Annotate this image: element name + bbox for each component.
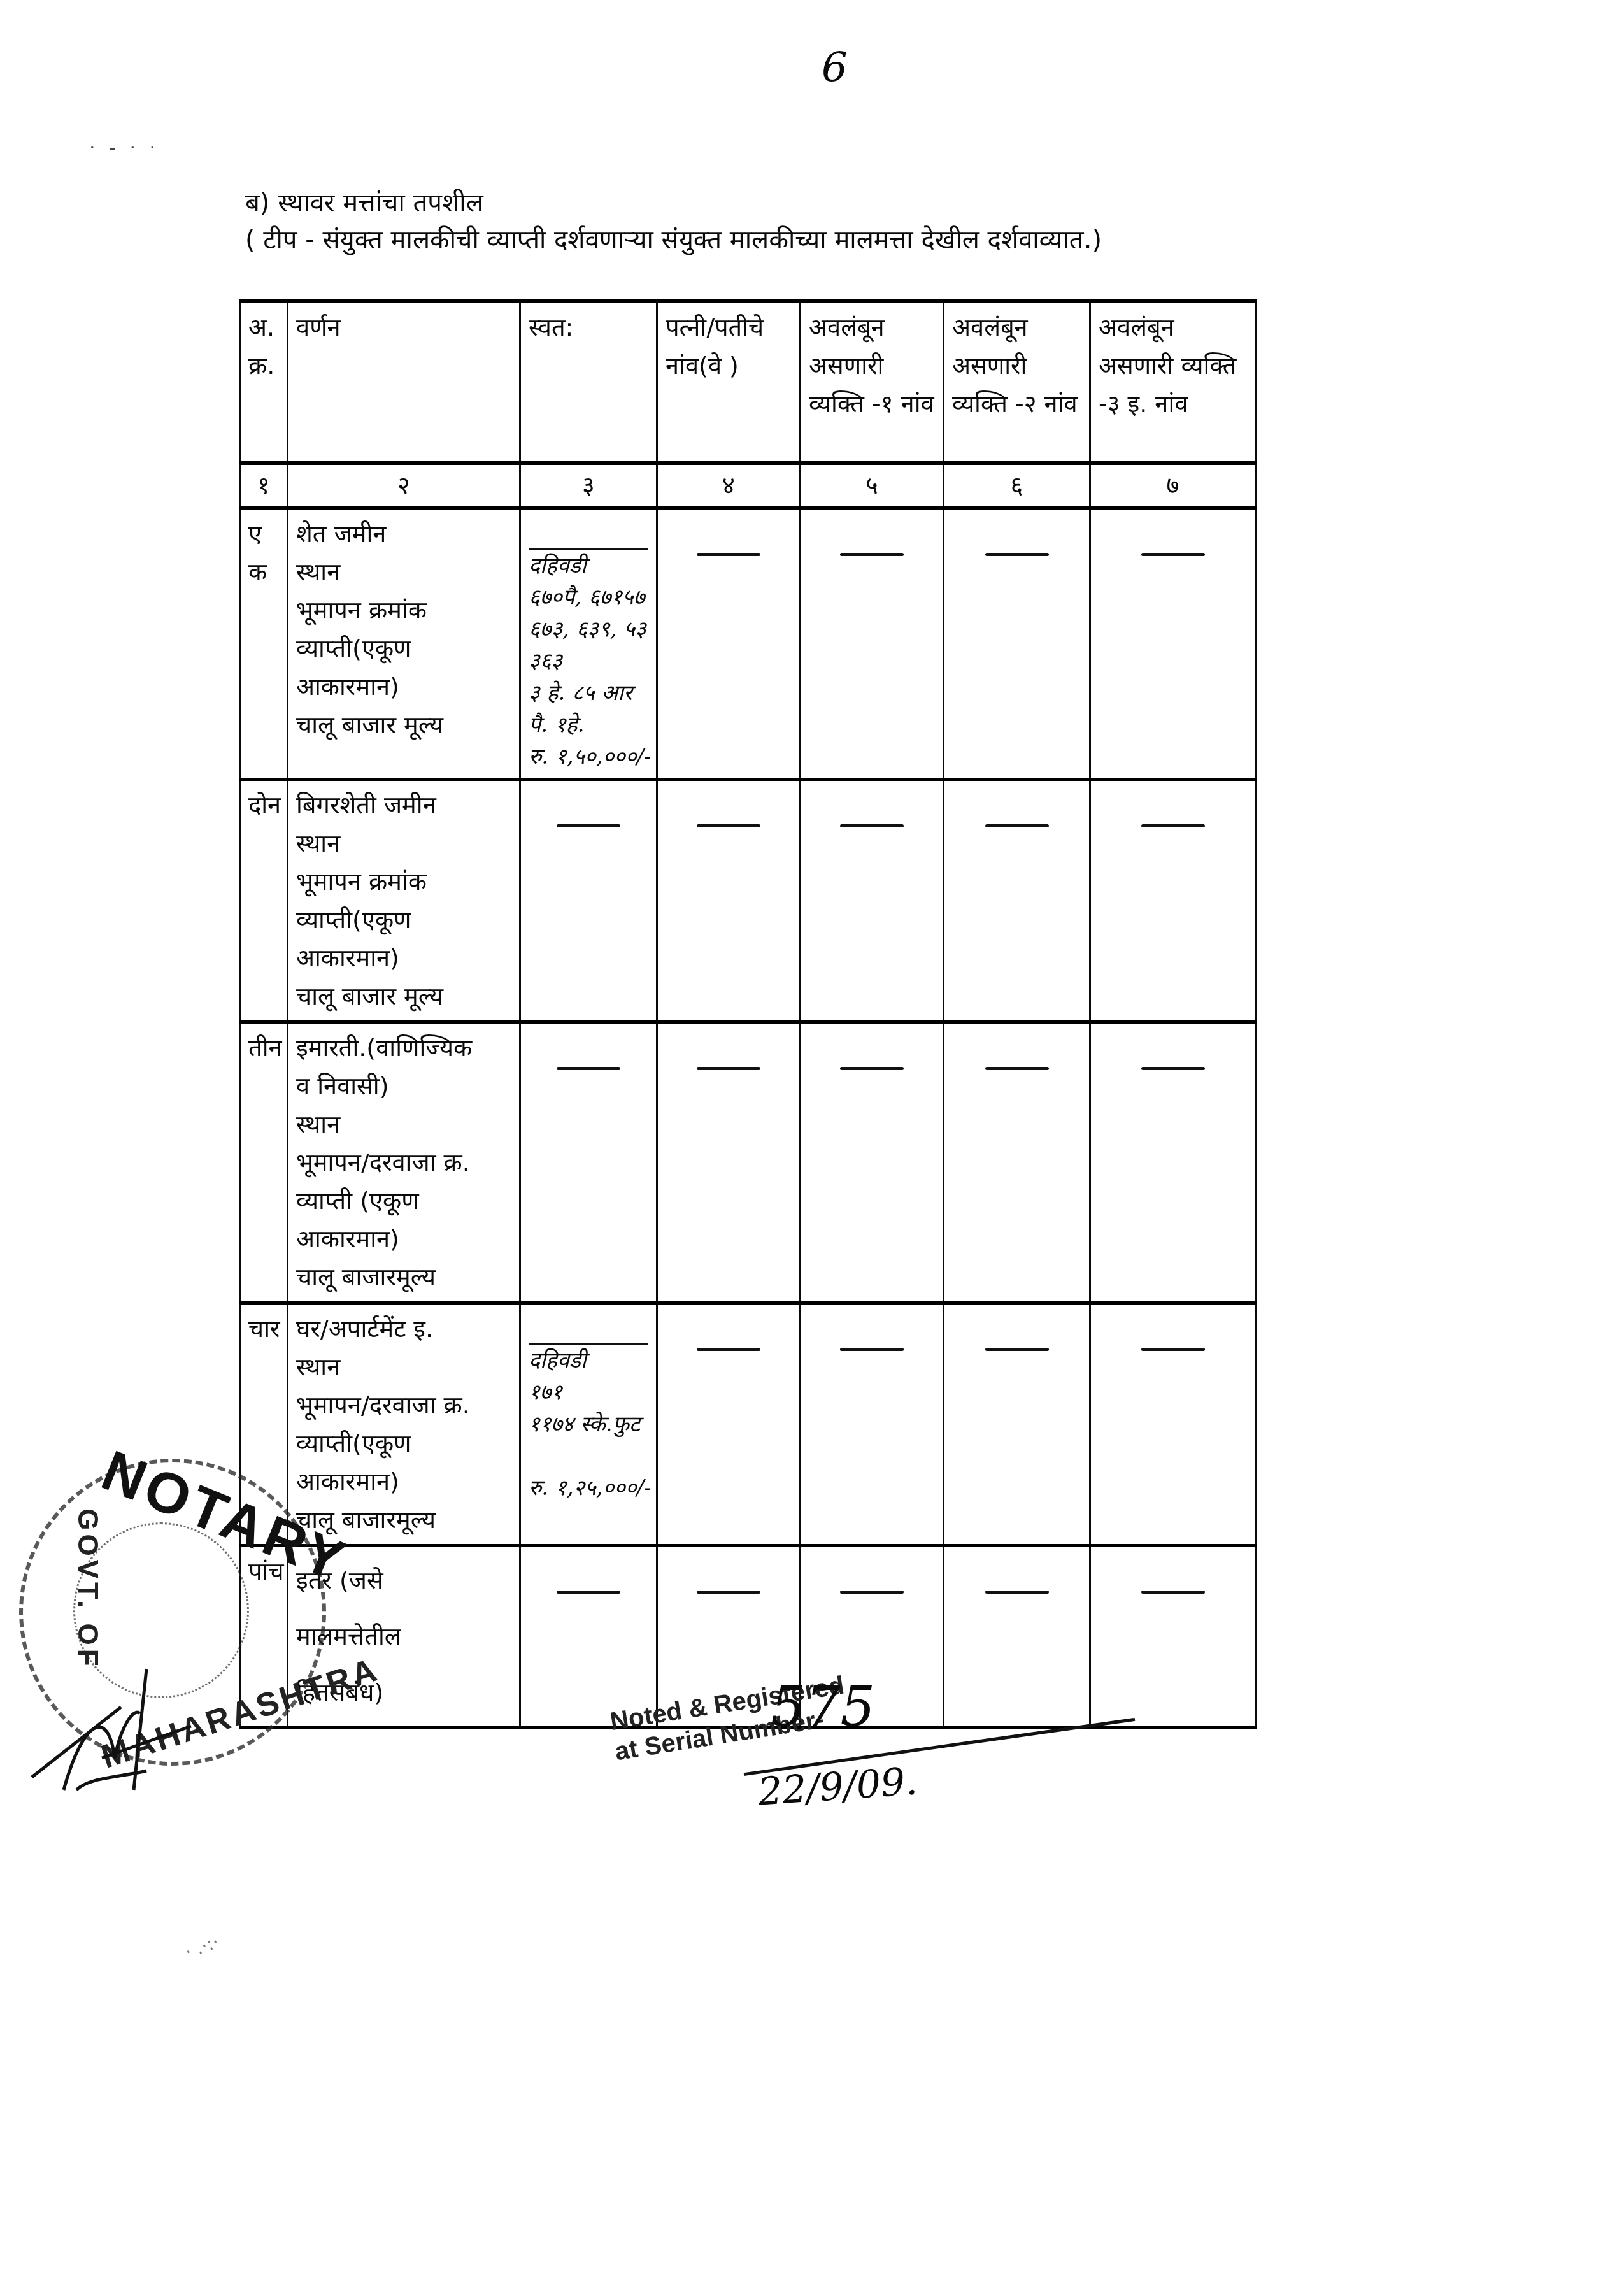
description-line: व्याप्ती(एकूण xyxy=(296,629,511,668)
section-heading: ब) स्थावर मत्तांचा तपशील ( टीप - संयुक्त… xyxy=(245,185,1102,259)
description-line: भूमापन/दरवाजा क्र. xyxy=(296,1143,511,1182)
header-description: वर्णन xyxy=(288,301,520,463)
cell-dependent-2 xyxy=(944,1546,1090,1728)
description-line: मालमत्तेतील xyxy=(296,1608,511,1664)
cell-spouse xyxy=(657,1303,801,1546)
handwritten-entry: ११७४ स्के.फुट xyxy=(529,1408,648,1440)
scan-artifact: · - · · xyxy=(89,137,159,159)
cell-spouse xyxy=(657,1022,801,1303)
nil-dash-icon xyxy=(985,1067,1049,1070)
cell-dependent-2 xyxy=(944,508,1090,780)
description-line: व निवासी) xyxy=(296,1067,511,1105)
row-description: घर/अपार्टमेंट इ.स्थानभूमापन/दरवाजा क्र.व… xyxy=(288,1303,520,1546)
cell-spouse xyxy=(657,508,801,780)
description-line: चालू बाजार मूल्य xyxy=(296,706,511,744)
description-line: भूमापन क्रमांक xyxy=(296,591,511,629)
cell-dependent-1 xyxy=(801,780,944,1022)
header-dependent-1: अवलंबून असणारी व्यक्ति -१ नांव xyxy=(801,301,944,463)
nil-dash-icon xyxy=(840,1067,904,1070)
nil-dash-icon xyxy=(985,1348,1049,1351)
nil-dash-icon xyxy=(697,1067,760,1070)
handwritten-entry: रु. १,५०,०००/- xyxy=(529,741,648,773)
table-row: चारघर/अपार्टमेंट इ.स्थानभूमापन/दरवाजा क्… xyxy=(240,1303,1256,1546)
column-number: ३ xyxy=(520,463,657,508)
description-line: आकारमान) xyxy=(296,1462,511,1501)
description-line: स्थान xyxy=(296,1348,511,1386)
description-line: इमारती.(वाणिज्यिक xyxy=(296,1029,511,1067)
nil-dash-icon xyxy=(557,1067,620,1070)
cell-self xyxy=(520,780,657,1022)
row-description: बिगरशेती जमीनस्थानभूमापन क्रमांकव्याप्ती… xyxy=(288,780,520,1022)
header-self: स्वत: xyxy=(520,301,657,463)
column-number: १ xyxy=(240,463,288,508)
column-number: ६ xyxy=(944,463,1090,508)
nil-dash-icon xyxy=(985,824,1049,827)
nil-dash-icon xyxy=(557,1591,620,1594)
row-description: इमारती.(वाणिज्यिकव निवासी)स्थानभूमापन/दर… xyxy=(288,1022,520,1303)
nil-dash-icon xyxy=(697,1348,760,1351)
handwritten-entry: ३ हे. ८५ आर xyxy=(529,677,648,709)
description-line: व्याप्ती (एकूण xyxy=(296,1182,511,1220)
cell-dependent-3 xyxy=(1090,780,1256,1022)
cell-self: दहिवडी१७१११७४ स्के.फुट रु. १,२५,०००/- xyxy=(520,1303,657,1546)
column-number: ७ xyxy=(1090,463,1256,508)
nil-dash-icon xyxy=(985,1591,1049,1594)
nil-dash-icon xyxy=(1141,1067,1205,1070)
cell-dependent-3 xyxy=(1090,508,1256,780)
column-number: ४ xyxy=(657,463,801,508)
description-line: शेत जमीन xyxy=(296,515,511,553)
cell-self: दहिवडी६७०पै, ६७१५७६७३, ६३९, ५३३६३३ हे. ८… xyxy=(520,508,657,780)
description-line: भूमापन/दरवाजा क्र. xyxy=(296,1386,511,1424)
cell-dependent-2 xyxy=(944,1303,1090,1546)
scan-artifact: · .·:· xyxy=(182,1931,222,1963)
immovable-assets-table: अ. क्र. वर्णन स्वत: पत्नी/पतीचे नांव(वे … xyxy=(239,299,1257,1729)
description-line: स्थान xyxy=(296,1105,511,1143)
nil-dash-icon xyxy=(840,824,904,827)
nil-dash-icon xyxy=(697,1591,760,1594)
handwritten-entry xyxy=(529,1440,648,1472)
handwritten-entry: ६७०पै, ६७१५७ xyxy=(529,582,648,613)
handwritten-entry: ३६३ xyxy=(529,645,648,677)
description-line: व्याप्ती(एकूण xyxy=(296,901,511,939)
nil-dash-icon xyxy=(840,553,904,556)
description-line: व्याप्ती(एकूण xyxy=(296,1424,511,1462)
description-line: स्थान xyxy=(296,553,511,591)
description-line: भूमापन क्रमांक xyxy=(296,862,511,901)
nil-dash-icon xyxy=(697,553,760,556)
column-number: ५ xyxy=(801,463,944,508)
handwritten-entry: दहिवडी xyxy=(529,1343,648,1376)
nil-dash-icon xyxy=(840,1591,904,1594)
handwritten-entry: १७१ xyxy=(529,1376,648,1408)
cell-dependent-3 xyxy=(1090,1303,1256,1546)
header-serial: अ. क्र. xyxy=(240,301,288,463)
cell-dependent-1 xyxy=(801,508,944,780)
handwritten-entry: ६७३, ६३९, ५३ xyxy=(529,613,648,645)
description-line: चालू बाजारमूल्य xyxy=(296,1258,511,1296)
page-number: 6 xyxy=(822,45,848,92)
handwritten-entry: पै. १हे. xyxy=(529,709,648,741)
nil-dash-icon xyxy=(1141,1591,1205,1594)
table-row: दोनबिगरशेती जमीनस्थानभूमापन क्रमांकव्याप… xyxy=(240,780,1256,1022)
signature-scribble xyxy=(25,1631,204,1796)
column-number: २ xyxy=(288,463,520,508)
registration-serial-number: 575 xyxy=(771,1675,875,1739)
row-serial: एक xyxy=(240,508,288,780)
header-spouse: पत्नी/पतीचे नांव(वे ) xyxy=(657,301,801,463)
section-note: ( टीप - संयुक्त मालकीची व्याप्ती दर्शवणा… xyxy=(245,222,1102,259)
nil-dash-icon xyxy=(557,824,620,827)
nil-dash-icon xyxy=(1141,1348,1205,1351)
nil-dash-icon xyxy=(1141,824,1205,827)
description-line: स्थान xyxy=(296,824,511,862)
description-line: आकारमान) xyxy=(296,668,511,706)
table-row: एकशेत जमीनस्थानभूमापन क्रमांकव्याप्ती(एक… xyxy=(240,508,1256,780)
description-line: बिगरशेती जमीन xyxy=(296,786,511,824)
asset-rows: एकशेत जमीनस्थानभूमापन क्रमांकव्याप्ती(एक… xyxy=(240,508,1256,1727)
handwritten-entry: दहिवडी xyxy=(529,548,648,582)
row-serial: दोन xyxy=(240,780,288,1022)
cell-dependent-1 xyxy=(801,1022,944,1303)
cell-dependent-2 xyxy=(944,780,1090,1022)
cell-dependent-3 xyxy=(1090,1022,1256,1303)
description-line: घर/अपार्टमेंट इ. xyxy=(296,1310,511,1348)
row-serial: तीन xyxy=(240,1022,288,1303)
cell-self xyxy=(520,1022,657,1303)
description-line: आकारमान) xyxy=(296,1220,511,1258)
description-line: चालू बाजार मूल्य xyxy=(296,977,511,1015)
nil-dash-icon xyxy=(697,824,760,827)
header-dependent-2: अवलंबून असणारी व्यक्ति -२ नांव xyxy=(944,301,1090,463)
cell-dependent-3 xyxy=(1090,1546,1256,1728)
cell-dependent-1 xyxy=(801,1303,944,1546)
nil-dash-icon xyxy=(840,1348,904,1351)
nil-dash-icon xyxy=(1141,553,1205,556)
table-row: तीनइमारती.(वाणिज्यिकव निवासी)स्थानभूमापन… xyxy=(240,1022,1256,1303)
description-line: आकारमान) xyxy=(296,939,511,977)
column-number-row: १ २ ३ ४ ५ ६ ७ xyxy=(240,463,1256,508)
header-dependent-3: अवलंबून असणारी व्यक्ति -३ इ. नांव xyxy=(1090,301,1256,463)
handwritten-entry: रु. १,२५,०००/- xyxy=(529,1472,648,1504)
row-description: शेत जमीनस्थानभूमापन क्रमांकव्याप्ती(एकूण… xyxy=(288,508,520,780)
cell-self xyxy=(520,1546,657,1728)
cell-spouse xyxy=(657,780,801,1022)
nil-dash-icon xyxy=(985,553,1049,556)
cell-dependent-2 xyxy=(944,1022,1090,1303)
table-header-row: अ. क्र. वर्णन स्वत: पत्नी/पतीचे नांव(वे … xyxy=(240,301,1256,463)
section-title: ब) स्थावर मत्तांचा तपशील xyxy=(245,189,483,218)
